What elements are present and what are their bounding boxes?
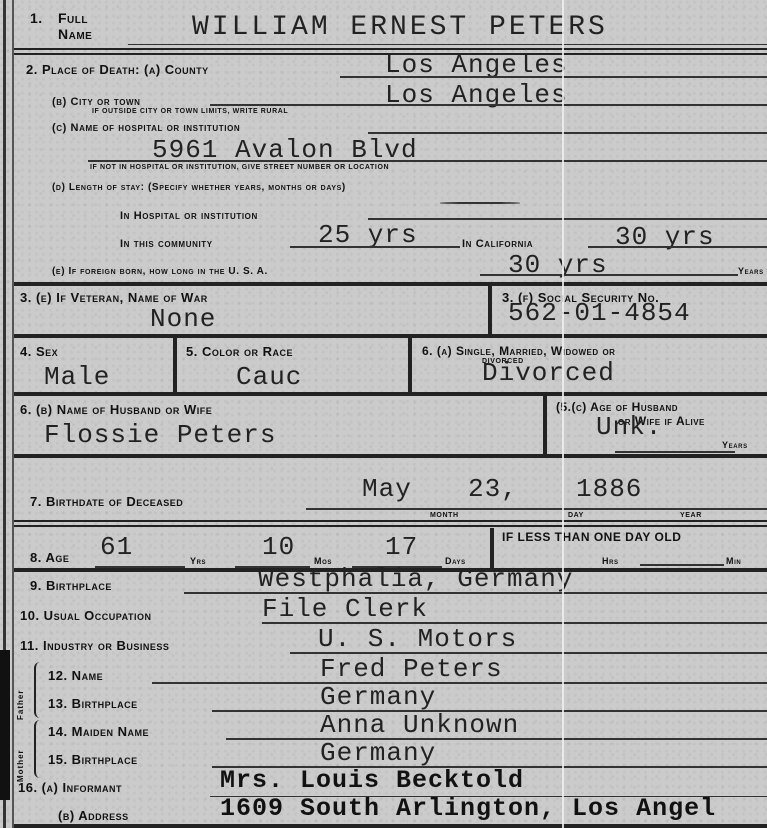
field-1-number: 1. (30, 10, 43, 26)
father-name-label: 12. Name (48, 668, 103, 683)
in-hospital-label: In Hospital or institution (120, 210, 258, 222)
foreign-born-label: (e) If foreign born, how long in the U. … (52, 266, 268, 277)
field-1-label: Full Name (58, 10, 92, 42)
sex-value: Male (44, 362, 110, 392)
mother-maiden-name-value: Anna Unknown (320, 710, 519, 740)
spouse-years-label: Years (722, 440, 748, 450)
less-than-day-label: If less than one day old (502, 530, 681, 544)
informant-value: Mrs. Louis Becktold (220, 766, 524, 795)
in-community-label: In this community (120, 238, 213, 250)
marital-status-label: 6. (a) Single, Married, Widowed or (422, 344, 615, 358)
informant-label: 16. (a) Informant (18, 780, 122, 795)
underline (615, 451, 735, 453)
address-value: 1609 South Arlington, Los Angel (220, 794, 716, 823)
day-label: Day (568, 512, 584, 519)
underline (640, 564, 724, 566)
divider (14, 334, 767, 338)
age-label: 8. Age (30, 550, 69, 565)
sex-label: 4. Sex (20, 344, 58, 359)
marital-status-value: Divorced (482, 358, 615, 388)
father-brace (34, 662, 41, 718)
cell-divider (173, 338, 177, 392)
scan-crease (562, 0, 564, 828)
left-border-inner (12, 0, 14, 828)
age-years-value: 61 (100, 532, 133, 562)
underline (340, 76, 767, 78)
underline (588, 246, 767, 248)
father-birthplace-value: Germany (320, 682, 436, 712)
hospital-label: (c) Name of hospital or institution (52, 122, 240, 134)
pen-mark (440, 202, 520, 204)
city-note: If outside city or town limits, write ru… (92, 108, 288, 115)
full-name-value: WILLIAM ERNEST PETERS (192, 12, 608, 43)
underline (368, 132, 767, 134)
birthdate-label: 7. Birthdate of Deceased (30, 494, 183, 509)
spouse-age-value: Unk. (596, 412, 662, 442)
min-label: Min (726, 556, 741, 566)
cell-divider (490, 528, 494, 568)
divider (14, 392, 767, 396)
years-label: Years (738, 266, 764, 276)
birthplace-label: 9. Birthplace (30, 578, 112, 593)
spouse-name-value: Flossie Peters (44, 420, 276, 450)
cell-divider (408, 338, 412, 392)
veteran-value: None (150, 304, 216, 334)
year-label: Year (680, 512, 702, 519)
place-of-death-label: 2. Place of Death: (a) County (26, 62, 209, 77)
full-label: Full (58, 10, 92, 26)
cell-divider (543, 396, 547, 454)
length-of-stay-label: (d) Length of stay: (Specify whether yea… (52, 182, 346, 193)
death-certificate: 1. Full Name WILLIAM ERNEST PETERS 2. Pl… (0, 0, 767, 828)
occupation-value: File Clerk (262, 594, 428, 624)
race-label: 5. Color or Race (186, 344, 293, 359)
birthplace-value: Westphalia, Germany (258, 564, 573, 594)
birth-day-value: 23, (468, 474, 518, 504)
veteran-label: 3. (e) If Veteran, Name of War (20, 290, 208, 305)
father-side-label: Father (16, 660, 25, 720)
underline (368, 218, 767, 220)
underline (306, 508, 767, 510)
name-label: Name (58, 26, 92, 42)
hrs-label: Hrs (602, 556, 619, 566)
spouse-name-label: 6. (b) Name of Husband or Wife (20, 402, 212, 417)
race-value: Cauc (236, 362, 302, 392)
binding-edge (0, 650, 10, 800)
divider (14, 454, 767, 458)
father-birthplace-label: 13. Birthplace (48, 696, 138, 711)
mother-side-label: Mother (16, 722, 25, 782)
industry-label: 11. Industry or Business (20, 638, 169, 653)
birth-month-value: May (362, 474, 412, 504)
underline (480, 274, 738, 276)
birth-year-value: 1886 (576, 474, 642, 504)
age-days-value: 17 (385, 532, 418, 562)
underline (210, 104, 767, 106)
divider (14, 520, 767, 522)
mother-birthplace-value: Germany (320, 738, 436, 768)
hospital-note: If not in hospital or institution, give … (90, 164, 389, 171)
yrs-label: Yrs (190, 556, 206, 566)
underline (128, 44, 767, 45)
ssn-value: 562-01-4854 (508, 298, 691, 328)
month-label: Month (430, 512, 459, 519)
underline (152, 682, 767, 684)
mother-brace (34, 720, 41, 778)
cell-divider (488, 286, 492, 336)
father-name-value: Fred Peters (320, 654, 503, 684)
underline (88, 160, 767, 162)
mother-maiden-name-label: 14. Maiden Name (48, 724, 149, 739)
bottom-border (14, 824, 767, 828)
divider (14, 282, 767, 286)
underline (226, 738, 767, 740)
occupation-label: 10. Usual Occupation (20, 608, 151, 623)
age-months-value: 10 (262, 532, 295, 562)
underline (290, 246, 460, 248)
address-label: (b) Address (58, 808, 129, 823)
industry-value: U. S. Motors (318, 624, 517, 654)
city-label: (b) City or town (52, 96, 141, 108)
mother-birthplace-label: 15. Birthplace (48, 752, 138, 767)
in-california-label: In California (462, 238, 533, 250)
